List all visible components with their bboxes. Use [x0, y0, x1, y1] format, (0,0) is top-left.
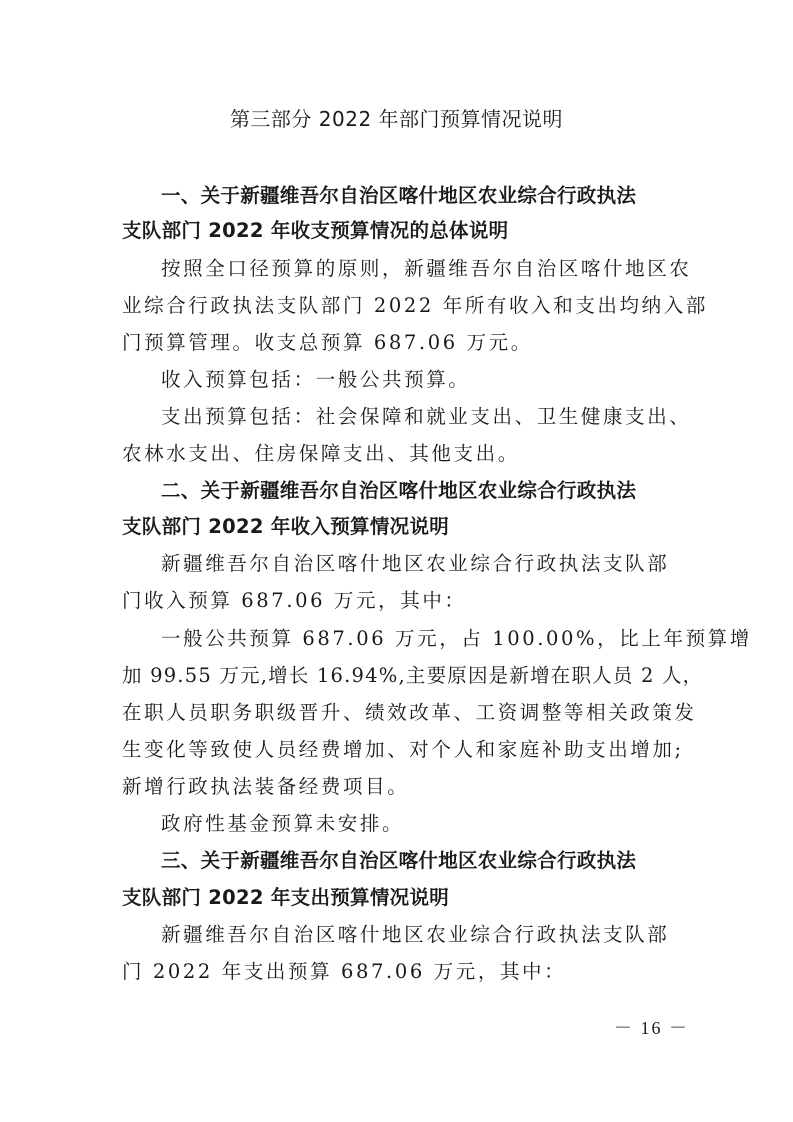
section-2-heading-line-1: 二、关于新疆维吾尔自治区喀什地区农业综合行政执法 [161, 476, 721, 506]
section-2-paragraph-line: 新增行政执法装备经费项目。 [122, 772, 682, 802]
section-2-paragraph-line: 门收入预算 687.06 万元，其中： [122, 586, 682, 616]
section-2-paragraph-line: 一般公共预算 687.06 万元，占 100.00%，比上年预算增 [161, 624, 721, 654]
section-1-paragraph-line: 按照全口径预算的原则，新疆维吾尔自治区喀什地区农 [161, 254, 721, 284]
section-1-paragraph-line: 门预算管理。收支总预算 687.06 万元。 [122, 328, 682, 358]
section-1-paragraph-line: 业综合行政执法支队部门 2022 年所有收入和支出均纳入部 [122, 291, 682, 321]
section-2-paragraph-line: 在职人员职务职级晋升、绩效改革、工资调整等相关政策发 [122, 698, 682, 728]
section-2-paragraph-line: 政府性基金预算未安排。 [161, 809, 721, 839]
page-number: － 16 － [614, 1016, 689, 1040]
section-2-heading-line-2: 支队部门 2022 年收入预算情况说明 [122, 512, 682, 542]
section-3-heading-line-2: 支队部门 2022 年支出预算情况说明 [122, 883, 682, 913]
section-3-paragraph-line: 新疆维吾尔自治区喀什地区农业综合行政执法支队部 [161, 920, 721, 950]
page-title: 第三部分 2022 年部门预算情况说明 [0, 104, 793, 134]
section-3-paragraph-line: 门 2022 年支出预算 687.06 万元，其中： [122, 957, 682, 987]
section-3-heading-line-1: 三、关于新疆维吾尔自治区喀什地区农业综合行政执法 [161, 846, 721, 876]
section-1-paragraph-line: 农林水支出、住房保障支出、其他支出。 [122, 439, 682, 469]
section-2-paragraph-line: 生变化等致使人员经费增加、对个人和家庭补助支出增加; [122, 735, 682, 765]
section-1-paragraph-line: 支出预算包括：社会保障和就业支出、卫生健康支出、 [161, 402, 721, 432]
section-1-heading-line-1: 一、关于新疆维吾尔自治区喀什地区农业综合行政执法 [161, 181, 721, 211]
section-1-paragraph-line: 收入预算包括：一般公共预算。 [161, 365, 721, 395]
section-2-paragraph-line: 新疆维吾尔自治区喀什地区农业综合行政执法支队部 [161, 549, 721, 579]
section-1-heading-line-2: 支队部门 2022 年收支预算情况的总体说明 [122, 216, 682, 246]
section-2-paragraph-line: 加 99.55 万元,增长 16.94%,主要原因是新增在职人员 2 人， [122, 661, 682, 691]
